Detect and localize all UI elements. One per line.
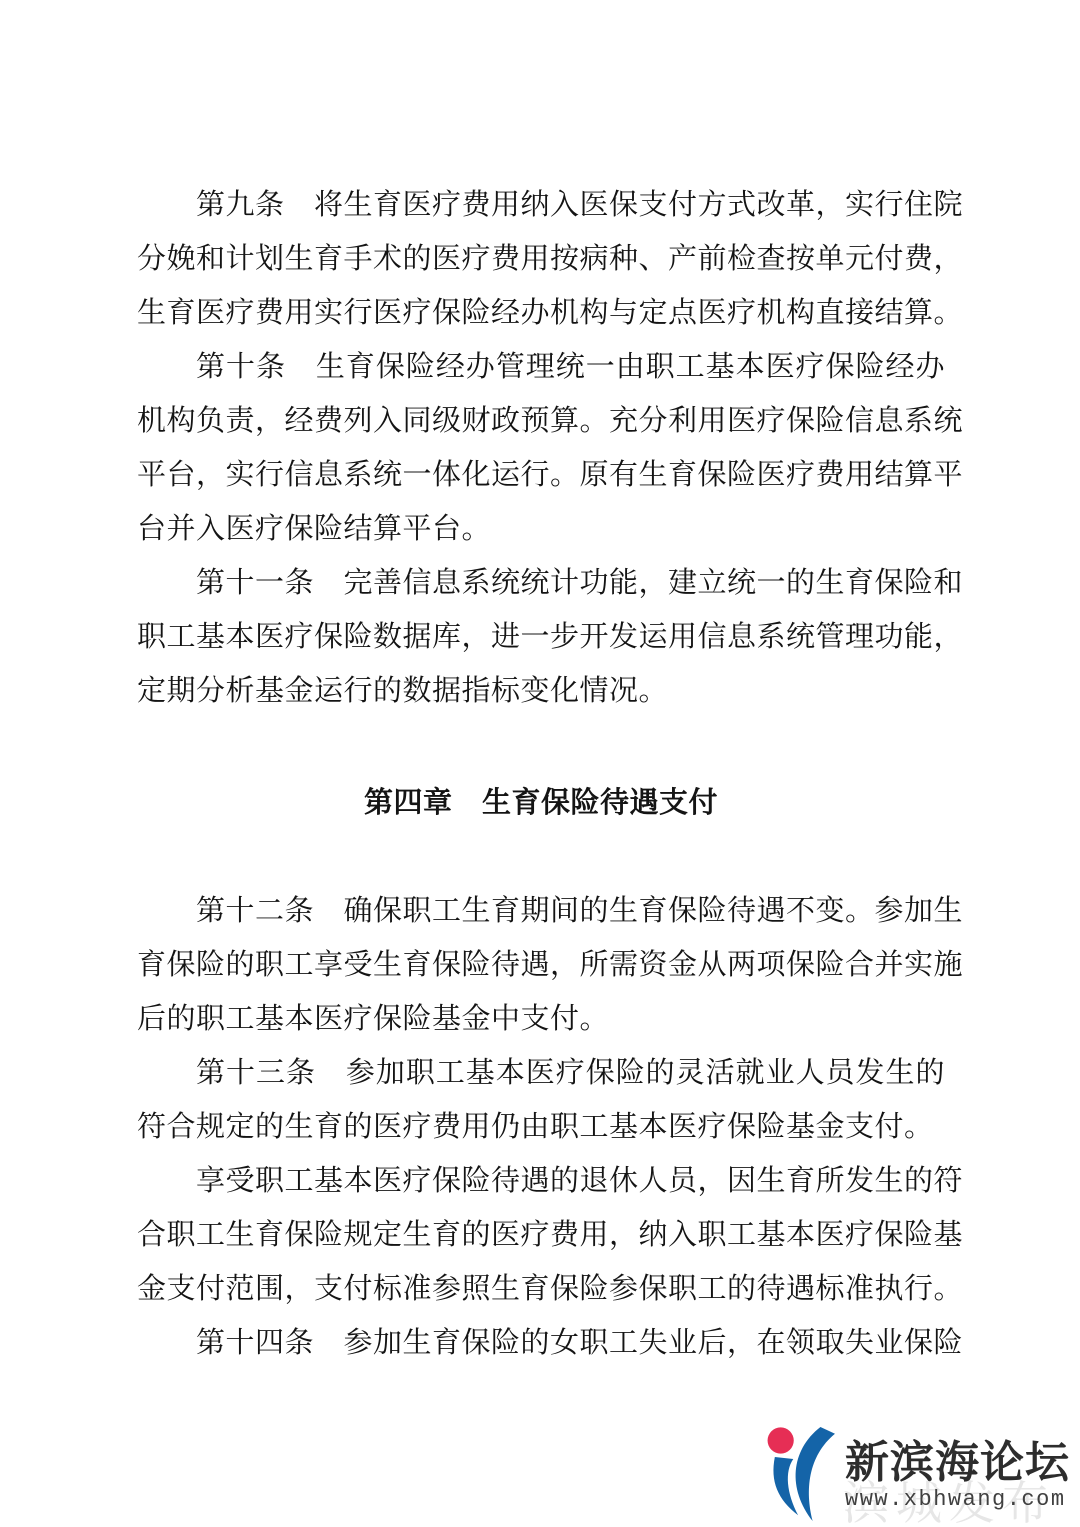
text-line: 第十一条 完善信息系统统计功能，建立统一的生育保险和 (137, 556, 945, 610)
text-line: 育保险的职工享受生育保险待遇，所需资金从两项保险合并实施 (137, 938, 945, 992)
article-13: 第十三条 参加职工基本医疗保险的灵活就业人员发生的符合规定的生育的医疗费用仍由职… (137, 1046, 945, 1154)
article-11: 第十一条 完善信息系统统计功能，建立统一的生育保险和职工基本医疗保险数据库，进一… (137, 556, 945, 718)
article-13-retiree-paragraph: 享受职工基本医疗保险待遇的退休人员，因生育所发生的符合职工生育保险规定生育的医疗… (137, 1154, 945, 1316)
text-line: 职工基本医疗保险数据库，进一步开发运用信息系统管理功能， (137, 610, 945, 664)
text-line: 平台，实行信息系统一体化运行。原有生育保险医疗费用结算平 (137, 448, 945, 502)
text-line: 金支付范围，支付标准参照生育保险参保职工的待遇标准执行。 (137, 1262, 945, 1316)
article-14: 第十四条 参加生育保险的女职工失业后，在领取失业保险 (137, 1316, 945, 1370)
text-line: 第四章 生育保险待遇支付 (137, 776, 945, 830)
text-line: 后的职工基本医疗保险基金中支付。 (137, 992, 945, 1046)
text-line: 合职工生育保险规定生育的医疗费用，纳入职工基本医疗保险基 (137, 1208, 945, 1262)
site-url: www.xbhwang.com (845, 1487, 1070, 1513)
site-name: 新滨海论坛 (845, 1439, 1070, 1487)
logo-figure-icon (763, 1425, 841, 1522)
text-line: 第十三条 参加职工基本医疗保险的灵活就业人员发生的 (137, 1046, 945, 1100)
text-line: 第十条 生育保险经办管理统一由职工基本医疗保险经办 (137, 340, 945, 394)
article-9: 第九条 将生育医疗费用纳入医保支付方式改革，实行住院分娩和计划生育手术的医疗费用… (137, 178, 945, 340)
site-logo-block: 滨城发布 新滨海论坛 www.xbhwang.com (763, 1425, 1070, 1522)
text-line: 第十二条 确保职工生育期间的生育保险待遇不变。参加生 (137, 884, 945, 938)
text-line: 享受职工基本医疗保险待遇的退休人员，因生育所发生的符 (137, 1154, 945, 1208)
text-line: 分娩和计划生育手术的医疗费用按病种、产前检查按单元付费， (137, 232, 945, 286)
document-body: 第九条 将生育医疗费用纳入医保支付方式改革，实行住院分娩和计划生育手术的医疗费用… (137, 178, 945, 1370)
chapter-4-heading: 第四章 生育保险待遇支付 (137, 776, 945, 830)
article-12: 第十二条 确保职工生育期间的生育保险待遇不变。参加生育保险的职工享受生育保险待遇… (137, 884, 945, 1046)
text-line: 定期分析基金运行的数据指标变化情况。 (137, 664, 945, 718)
text-line: 生育医疗费用实行医疗保险经办机构与定点医疗机构直接结算。 (137, 286, 945, 340)
site-logo-text: 滨城发布 新滨海论坛 www.xbhwang.com (845, 1425, 1070, 1513)
text-line: 机构负责，经费列入同级财政预算。充分利用医疗保险信息系统 (137, 394, 945, 448)
text-line: 符合规定的生育的医疗费用仍由职工基本医疗保险基金支付。 (137, 1100, 945, 1154)
text-line: 台并入医疗保险结算平台。 (137, 502, 945, 556)
text-line: 第九条 将生育医疗费用纳入医保支付方式改革，实行住院 (137, 178, 945, 232)
article-10: 第十条 生育保险经办管理统一由职工基本医疗保险经办机构负责，经费列入同级财政预算… (137, 340, 945, 556)
text-line: 第十四条 参加生育保险的女职工失业后，在领取失业保险 (137, 1316, 945, 1370)
document-page: 第九条 将生育医疗费用纳入医保支付方式改革，实行住院分娩和计划生育手术的医疗费用… (0, 0, 1080, 1527)
